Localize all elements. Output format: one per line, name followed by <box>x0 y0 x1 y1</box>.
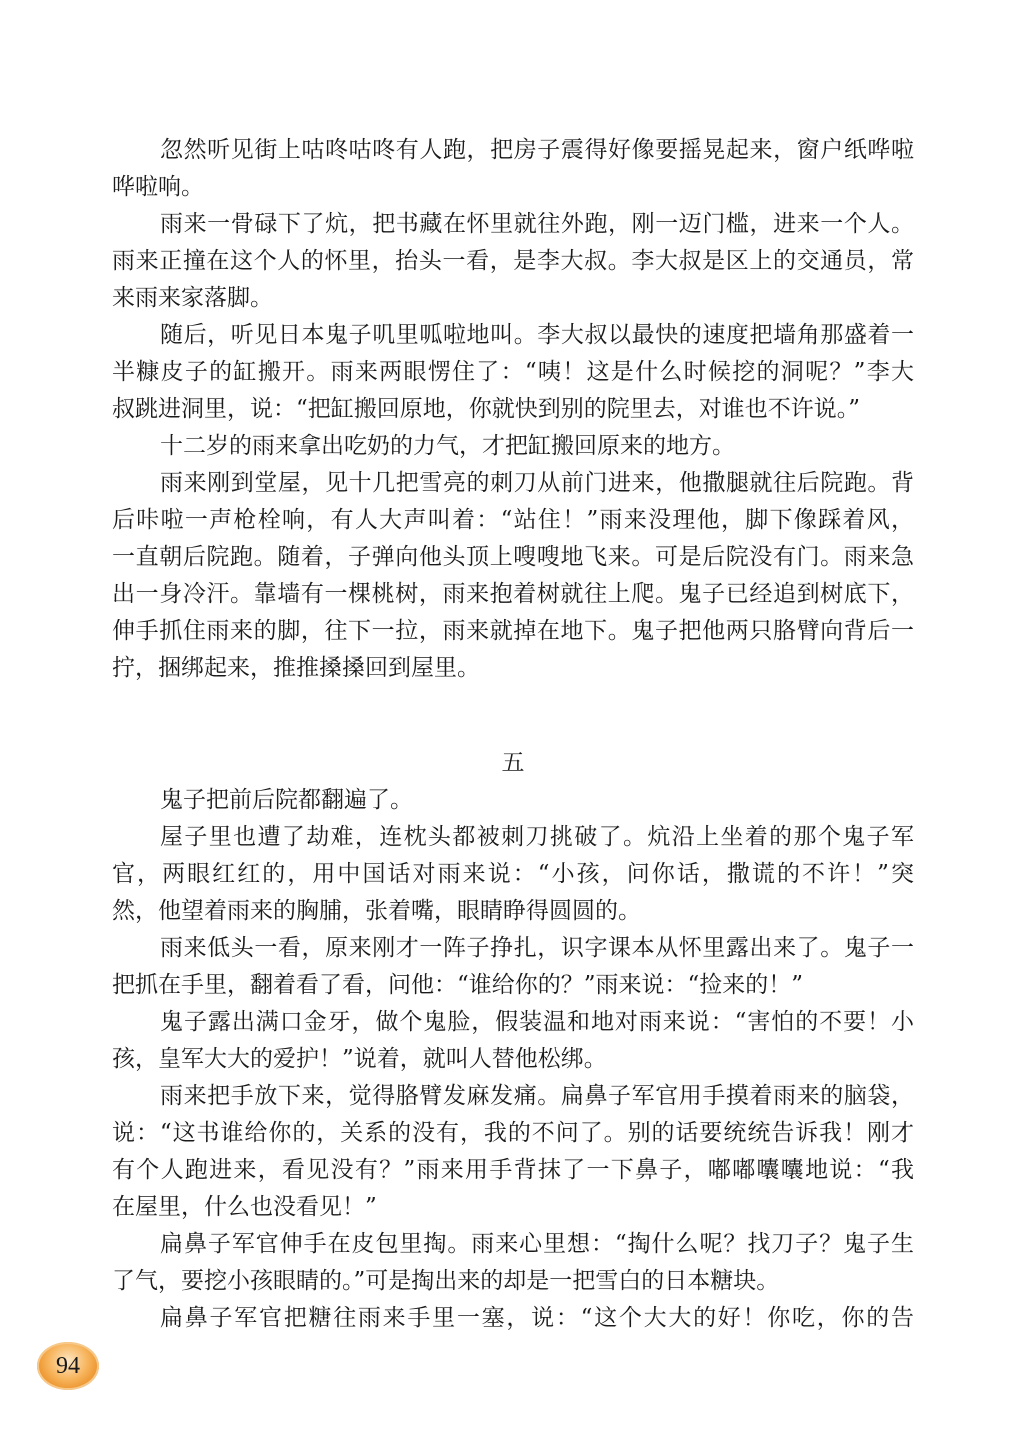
text-line: 忽然听见街上咕咚咕咚有人跑，把房子震得好像要摇晃起来，窗户纸哗啦 <box>112 132 914 169</box>
text-line: 雨来正撞在这个人的怀里，抬头一看，是李大叔。李大叔是区上的交通员，常 <box>112 243 914 280</box>
page-number: 94 <box>56 1353 80 1380</box>
text-line: 在屋里，什么也没看见！” <box>112 1189 914 1226</box>
text-line: 十二岁的雨来拿出吃奶的力气，才把缸搬回原来的地方。 <box>112 428 914 465</box>
text-line: 有个人跑进来，看见没有？”雨来用手背抹了一下鼻子，嘟嘟囔囔地说：“我 <box>112 1152 914 1189</box>
text-line: 官，两眼红红的，用中国话对雨来说：“小孩，问你话，撒谎的不许！”突 <box>112 856 914 893</box>
text-line: 来雨来家落脚。 <box>112 280 914 317</box>
text-line: 拧，捆绑起来，推推搡搡回到屋里。 <box>112 650 914 687</box>
text-line: 扁鼻子军官伸手在皮包里掏。雨来心里想：“掏什么呢？找刀子？鬼子生 <box>112 1226 914 1263</box>
text-line: 后咔啦一声枪栓响，有人大声叫着：“站住！”雨来没理他，脚下像踩着风， <box>112 502 914 539</box>
text-line: 扁鼻子军官把糖往雨来手里一塞，说：“这个大大的好！你吃，你的告 <box>112 1300 914 1337</box>
text-line: 说：“这书谁给你的，关系的没有，我的不问了。别的话要统统告诉我！刚才 <box>112 1115 914 1152</box>
text-line: 雨来刚到堂屋，见十几把雪亮的刺刀从前门进来，他撒腿就往后院跑。背 <box>112 465 914 502</box>
section-five: 鬼子把前后院都翻遍了。屋子里也遭了劫难，连枕头都被刺刀挑破了。炕沿上坐着的那个鬼… <box>112 782 914 1337</box>
text-line: 出一身冷汗。靠墙有一棵桃树，雨来抱着树就往上爬。鬼子已经追到树底下， <box>112 576 914 613</box>
text-line: 雨来把手放下来，觉得胳臂发麻发痛。扁鼻子军官用手摸着雨来的脑袋， <box>112 1078 914 1115</box>
section-four-continued: 忽然听见街上咕咚咕咚有人跑，把房子震得好像要摇晃起来，窗户纸哗啦哗啦响。雨来一骨… <box>112 132 914 687</box>
text-line: 一直朝后院跑。随着，子弹向他头顶上嗖嗖地飞来。可是后院没有门。雨来急 <box>112 539 914 576</box>
section-gap <box>112 687 914 745</box>
section-heading: 五 <box>112 745 914 782</box>
text-line: 屋子里也遭了劫难，连枕头都被刺刀挑破了。炕沿上坐着的那个鬼子军 <box>112 819 914 856</box>
text-line: 雨来一骨碌下了炕，把书藏在怀里就往外跑，刚一迈门槛，进来一个人。 <box>112 206 914 243</box>
text-line: 雨来低头一看，原来刚才一阵子挣扎，识字课本从怀里露出来了。鬼子一 <box>112 930 914 967</box>
text-line: 孩，皇军大大的爱护！”说着，就叫人替他松绑。 <box>112 1041 914 1078</box>
text-line: 叔跳进洞里，说：“把缸搬回原地，你就快到别的院里去，对谁也不许说。” <box>112 391 914 428</box>
text-line: 把抓在手里，翻着看了看，问他：“谁给你的？”雨来说：“捡来的！” <box>112 967 914 1004</box>
text-line: 鬼子露出满口金牙，做个鬼脸，假装温和地对雨来说：“害怕的不要！小 <box>112 1004 914 1041</box>
text-line: 然，他望着雨来的胸脯，张着嘴，眼睛睁得圆圆的。 <box>112 893 914 930</box>
text-line: 了气，要挖小孩眼睛的。”可是掏出来的却是一把雪白的日本糖块。 <box>112 1263 914 1300</box>
text-line: 鬼子把前后院都翻遍了。 <box>112 782 914 819</box>
page-body: 忽然听见街上咕咚咕咚有人跑，把房子震得好像要摇晃起来，窗户纸哗啦哗啦响。雨来一骨… <box>112 132 914 1337</box>
text-line: 随后，听见日本鬼子叽里呱啦地叫。李大叔以最快的速度把墙角那盛着一 <box>112 317 914 354</box>
text-line: 哗啦响。 <box>112 169 914 206</box>
page-number-badge: 94 <box>37 1342 99 1390</box>
text-line: 伸手抓住雨来的脚，往下一拉，雨来就掉在地下。鬼子把他两只胳臂向背后一 <box>112 613 914 650</box>
text-line: 半糠皮子的缸搬开。雨来两眼愣住了：“咦！这是什么时候挖的洞呢？”李大 <box>112 354 914 391</box>
